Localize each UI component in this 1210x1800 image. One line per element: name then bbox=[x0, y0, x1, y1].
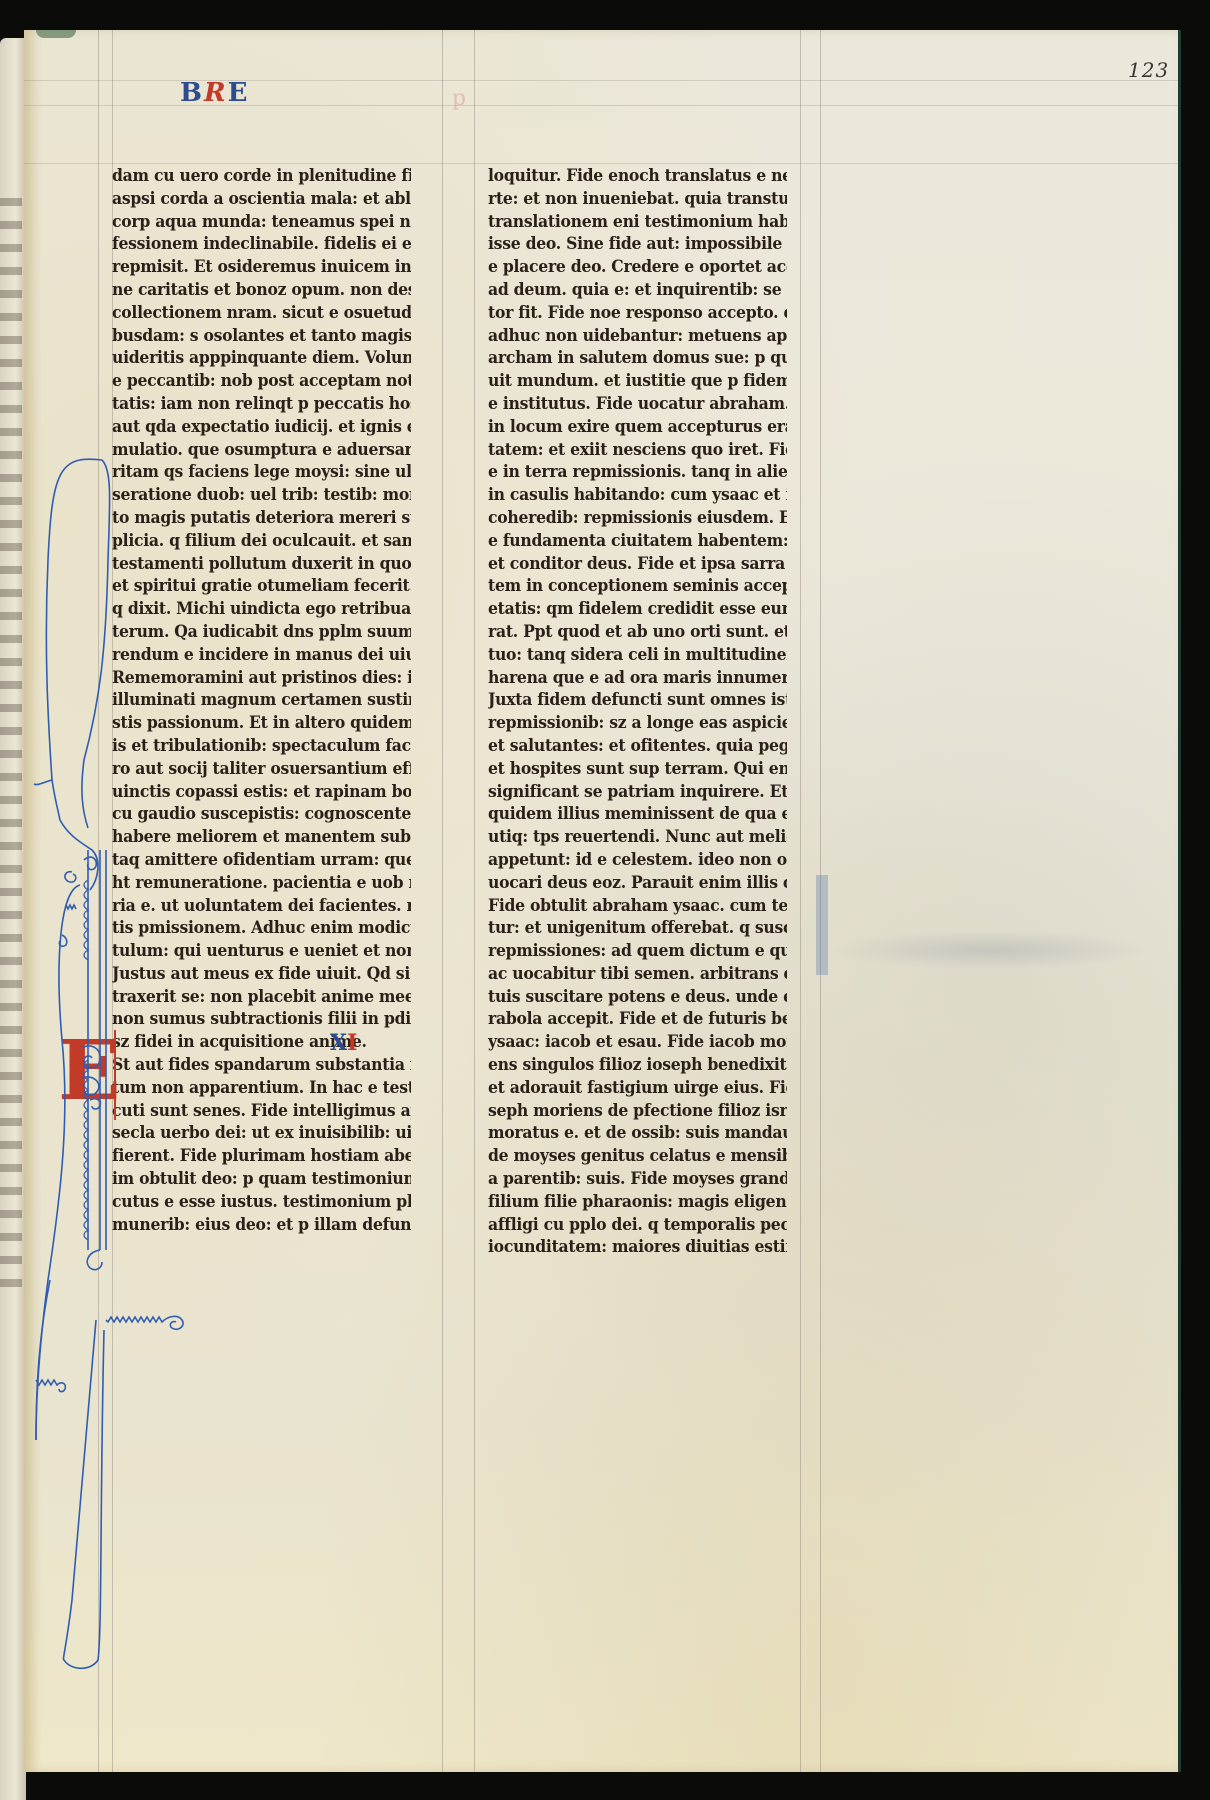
text-line: repmisit. Et osideremus inuicem in puoca… bbox=[112, 256, 411, 279]
edge-stain bbox=[36, 30, 76, 38]
text-line: cuti sunt senes. Fide intelligimus aptat… bbox=[112, 1100, 411, 1123]
text-line: tor fit. Fide noe responso accepto. de h… bbox=[488, 302, 787, 325]
text-line: non sumus subtractionis filii in pdition… bbox=[112, 1008, 411, 1031]
chapter-number: XI bbox=[330, 1030, 357, 1056]
text-line: tum non apparentium. In hac e testimoniu… bbox=[112, 1077, 411, 1100]
text-line: dam cu uero corde in plenitudine fidei bbox=[112, 165, 411, 188]
text-line: cu gaudio suscepistis: cognoscentes uos bbox=[112, 803, 411, 826]
text-line: Fide obtulit abraham ysaac. cum temptare bbox=[488, 895, 787, 918]
text-line: e placere deo. Credere e oportet acceden… bbox=[488, 256, 787, 279]
text-line: secla uerbo dei: ut ex inuisibilib: uisi… bbox=[112, 1122, 411, 1145]
ruling-center-right bbox=[474, 30, 475, 1772]
text-line: corp aqua munda: teneamus spei nre con bbox=[112, 211, 411, 234]
text-line: traxerit se: non placebit anime mee. Nos… bbox=[112, 986, 411, 1009]
text-line: seratione duob: uel trib: testib: morit.… bbox=[112, 484, 411, 507]
text-line: tur: et unigenitum offerebat. q susceper… bbox=[488, 917, 787, 940]
blue-smudge bbox=[830, 930, 1150, 970]
text-line: utiq: tps reuertendi. Nunc aut meliorem bbox=[488, 826, 787, 849]
text-line: q dixit. Michi uindicta ego retribuam. E… bbox=[112, 598, 411, 621]
text-line: rat. Ppt quod et ab uno orti sunt. et hi… bbox=[488, 621, 787, 644]
text-line: aut qda expectatio iudicij. et ignis e bbox=[112, 416, 411, 439]
text-line: e fundamenta ciuitatem habentem: cuius a… bbox=[488, 530, 787, 553]
text-line: collectionem nram. sicut e osuetudinis q bbox=[112, 302, 411, 325]
text-line: plicia. q filium dei oculcauit. et sangu… bbox=[112, 530, 411, 553]
text-line: in casulis habitando: cum ysaac et iacob bbox=[488, 484, 787, 507]
text-line: etatis: qm fidelem credidit esse eum q p… bbox=[488, 598, 787, 621]
text-line: ritam qs faciens lege moysi: sine ulla m… bbox=[112, 461, 411, 484]
text-line: ac uocabitur tibi semen. arbitrans quia … bbox=[488, 963, 787, 986]
text-line: illuminati magnum certamen sustinui bbox=[112, 689, 411, 712]
text-line: moratus e. et de ossib: suis mandauit. F… bbox=[488, 1122, 787, 1145]
text-line: cutus e esse iustus. testimonium phibent… bbox=[112, 1191, 411, 1214]
initial-red-stroke bbox=[114, 1030, 116, 1120]
text-line: ad deum. quia e: et inquirentib: se remu… bbox=[488, 279, 787, 302]
text-line: tis pmissionem. Adhuc enim modicum aliqn bbox=[112, 917, 411, 940]
text-line: ysaac: iacob et esau. Fide iacob mori bbox=[488, 1031, 787, 1054]
right-text-column: loquitur. Fide enoch translatus e ne uid… bbox=[488, 165, 813, 1259]
running-header-letter-b: B bbox=[180, 78, 204, 108]
text-line: isse deo. Sine fide aut: impossibile bbox=[488, 233, 787, 256]
text-line: filium filie pharaonis: magis eligens bbox=[488, 1191, 787, 1214]
text-line: taq amittere ofidentiam urram: que magna bbox=[112, 849, 411, 872]
left-text-column: dam cu uero corde in plenitudine fideias… bbox=[112, 165, 437, 1236]
text-line: repmissiones: ad quem dictum e quia in y… bbox=[488, 940, 787, 963]
running-header: BRE bbox=[180, 78, 249, 108]
show-through-mark: p bbox=[452, 86, 466, 111]
facing-page-text bbox=[0, 198, 22, 1288]
text-line: iocunditatem: maiores diuitias estimans bbox=[488, 1236, 787, 1259]
text-line: Rememoramini aut pristinos dies: in qb: bbox=[112, 667, 411, 690]
text-line: rendum e incidere in manus dei uiuentis. bbox=[112, 644, 411, 667]
text-line: uit mundum. et iustitie que p fidem e he… bbox=[488, 370, 787, 393]
text-line: testamenti pollutum duxerit in quo sanct… bbox=[112, 553, 411, 576]
text-line: tulum: qui uenturus e ueniet et non tard… bbox=[112, 940, 411, 963]
text-line: fessionem indeclinabile. fidelis ei e qu… bbox=[112, 233, 411, 256]
text-line: coheredib: repmissionis eiusdem. Expecta… bbox=[488, 507, 787, 530]
text-line: ens singulos filioz ioseph benedixit. bbox=[488, 1054, 787, 1077]
text-line: uocari deus eoz. Parauit enim illis ciui… bbox=[488, 872, 787, 895]
text-line: uideritis apppinquante diem. Voluntarie bbox=[112, 347, 411, 370]
text-line: tuo: tanq sidera celi in multitudinem: e… bbox=[488, 644, 787, 667]
text-line: aspsi corda a oscientia mala: et ablutum bbox=[112, 188, 411, 211]
text-line: e peccantib: nob post acceptam notitiam … bbox=[112, 370, 411, 393]
text-line: habere meliorem et manentem substantiam.… bbox=[112, 826, 411, 849]
text-line: de moyses genitus celatus e mensib: trib… bbox=[488, 1145, 787, 1168]
text-line: busdam: s osolantes et tanto magis q uo bbox=[112, 325, 411, 348]
text-line: et spiritui gratie otumeliam fecerit. Sc… bbox=[112, 575, 411, 598]
text-line: fierent. Fide plurimam hostiam abel quam… bbox=[112, 1145, 411, 1168]
text-line: rabola accepit. Fide et de futuris bened… bbox=[488, 1008, 787, 1031]
folio-number: 123 bbox=[1128, 58, 1169, 82]
text-line: significant se patriam inquirere. Et si bbox=[488, 781, 787, 804]
text-line: tem in conceptionem seminis accepit. et … bbox=[488, 575, 787, 598]
text-line: ne caritatis et bonoz opum. non deserent… bbox=[112, 279, 411, 302]
text-line: loquitur. Fide enoch translatus e ne uid… bbox=[488, 165, 787, 188]
text-line: a parentib: suis. Fide moyses grandis ef… bbox=[488, 1168, 787, 1191]
text-line: ro aut socij taliter osuersantium effect… bbox=[112, 758, 411, 781]
text-line: e in terra repmissionis. tanq in aliena … bbox=[488, 461, 787, 484]
text-line: Justus aut meus ex fide uiuit. Qd si sub bbox=[112, 963, 411, 986]
text-line: appetunt: id e celestem. ideo non ofundi… bbox=[488, 849, 787, 872]
text-line: adhuc non uidebantur: metuens aptauit bbox=[488, 325, 787, 348]
text-line: tuis suscitare potens e deus. unde eum e… bbox=[488, 986, 787, 1009]
text-line: stis passionum. Et in altero quidem obpb… bbox=[112, 712, 411, 735]
text-line: et salutantes: et ofitentes. quia pegrin… bbox=[488, 735, 787, 758]
text-line: is et tribulationib: spectaculum facti: … bbox=[112, 735, 411, 758]
text-line: uinctis copassi estis: et rapinam bonoz … bbox=[112, 781, 411, 804]
text-line: ria e. ut uoluntatem dei facientes. repo… bbox=[112, 895, 411, 918]
text-line: to magis putatis deteriora mereri sup bbox=[112, 507, 411, 530]
text-line: mulatio. que osumptura e aduersarios. Ir bbox=[112, 439, 411, 462]
text-line: St aut fides spandarum substantia rerum:… bbox=[112, 1054, 411, 1077]
text-line: rte: et non inueniebat. quia transtulit … bbox=[488, 188, 787, 211]
text-line: tatem: et exiit nesciens quo iret. Fide … bbox=[488, 439, 787, 462]
text-line: affligi cu pplo dei. q temporalis peccat… bbox=[488, 1214, 787, 1237]
ruling-center-left bbox=[442, 30, 443, 1772]
text-line: archam in salutem domus sue: p quam damp… bbox=[488, 347, 787, 370]
text-line: terum. Qa iudicabit dns pplm suum. hor bbox=[112, 621, 411, 644]
text-line: seph moriens de pfectione filioz israel … bbox=[488, 1100, 787, 1123]
text-line: et adorauit fastigium uirge eius. Fide i… bbox=[488, 1077, 787, 1100]
text-line: et conditor deus. Fide et ipsa sarra ste… bbox=[488, 553, 787, 576]
decorated-initial-e: E bbox=[58, 1030, 118, 1112]
text-line: ht remuneratione. pacientia e uob necess… bbox=[112, 872, 411, 895]
ruling-top-3 bbox=[24, 163, 1178, 164]
text-line: repmissionib: sz a longe eas aspicientes… bbox=[488, 712, 787, 735]
chapter-number-x: X bbox=[330, 1030, 347, 1056]
text-line: harena que e ad ora maris innumerabil: bbox=[488, 667, 787, 690]
text-line: translationem eni testimonium habebat pl… bbox=[488, 211, 787, 234]
text-line: e institutus. Fide uocatur abraham. obed… bbox=[488, 393, 787, 416]
text-line: sz fidei in acquisitione anime. bbox=[112, 1031, 411, 1054]
text-line: im obtulit deo: p quam testimonium ose bbox=[112, 1168, 411, 1191]
running-header-letter-e: E bbox=[228, 78, 250, 108]
text-line: quidem illius meminissent de qua exierun… bbox=[488, 803, 787, 826]
text-line: munerib: eius deo: et p illam defunctus … bbox=[112, 1214, 411, 1237]
text-line: in locum exire quem accepturus erat in h… bbox=[488, 416, 787, 439]
chapter-number-i: I bbox=[347, 1030, 357, 1056]
text-line: tatis: iam non relinqt p peccatis hostia… bbox=[112, 393, 411, 416]
facing-page-edge bbox=[0, 38, 26, 1800]
running-header-letter-r: R bbox=[204, 78, 228, 108]
text-line: et hospites sunt sup terram. Qui enim he… bbox=[488, 758, 787, 781]
text-line: Juxta fidem defuncti sunt omnes isti. no… bbox=[488, 689, 787, 712]
ruling-left-outer bbox=[98, 30, 99, 1772]
